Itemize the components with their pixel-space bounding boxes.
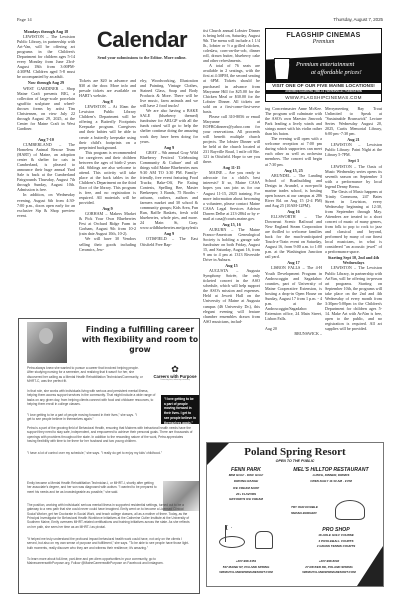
pull-quote: "I love getting to be a part of people m…: [161, 395, 199, 424]
mels-section: MEL'S HILLTOP RESTAURANT LUNCH, DINNER, …: [279, 467, 383, 484]
event-text: ARUNDEL – The Landing School of Boatbuil…: [265, 173, 322, 208]
petra-photo: [27, 322, 67, 363]
flagship-brand: FLAGSHIP CINEMAS: [266, 32, 381, 39]
event-text: Tickets are $20 in advance and $30 at th…: [79, 78, 136, 98]
issue-date: Thursday, August 7, 2025: [333, 17, 383, 22]
website-link[interactable]: WWW.POLANDSPRINGRESORT.COM: [211, 570, 281, 576]
careers-p5: "I have a lot of control over my schedul…: [27, 451, 193, 455]
column-1: Mondays through Aug 18 LEWISTON – The Le…: [17, 28, 75, 310]
column-4: tist Church annual Lobster Dinner is bei…: [203, 28, 260, 436]
event-text: We will have 30 Vendors selling their go…: [79, 236, 136, 251]
event-text: A total of 76 seats are available in 2 s…: [203, 63, 260, 113]
golf-flag-icon: [225, 525, 226, 542]
fenn-park-section: FENN PARK MINI GOLF - DISC GOLF DRIVING …: [211, 467, 281, 503]
flagship-url[interactable]: WWW.FLAGSHIPCINEMAS.COM: [266, 95, 381, 100]
event-text: The Oasis of Music happens at Trinity Co…: [325, 189, 382, 255]
event-text: GRAY – 9th annual Gray Wild Blueberry Fe…: [140, 150, 198, 231]
careers-p9[interactable]: To learn more about full-time, part-time…: [27, 557, 193, 566]
column-5: ing Concertmaster Anne McKee. The progra…: [265, 106, 322, 440]
careers-ad-title: Finding a fulfilling career with flexibi…: [81, 325, 199, 355]
event-text: OTISFIELD – The East Otisfield Free Bap-: [140, 236, 198, 246]
flagship-visit: VISIT ONE OF OUR FIVE MAINE LOCATIONS!: [266, 83, 381, 88]
fenn-line: DRIVING RANGE: [211, 479, 281, 485]
careers-with-purpose-ad[interactable]: Finding a fulfilling career with flexibi…: [18, 318, 200, 594]
event-text: GORHAM – Makers Market & Pick Your Own B…: [79, 211, 136, 236]
event-text: AUBURN – The Maine Franco-American Genea…: [203, 227, 260, 262]
event-text: This program is recommended for caregive…: [79, 150, 136, 206]
event-text: WEST GARDINER – Shop Maine Craft present…: [17, 86, 75, 131]
event-text: Merrymeeting Bay Trout Unlimited to Spea…: [325, 106, 382, 136]
event-text: LISBON FALLS – The 4-H Youth Development…: [265, 265, 322, 321]
event-text: ing Concertmaster Anne McKee. The progra…: [265, 106, 322, 136]
flagship-premium: Premium: [266, 39, 381, 45]
poland-spring-resort-ad[interactable]: Poland Spring Resort OPEN TO THE PUBLIC …: [206, 442, 384, 587]
website-link[interactable]: WWW.POLANDSPRINGRESORT.COM: [289, 570, 369, 576]
event-date-heading: Starting Sept 10, 2nd and 4th Wednesdays: [325, 255, 382, 265]
resort-name: Poland Spring Resort: [207, 446, 383, 458]
event-text: LEWISTON – The Lewiston Public Library, …: [17, 34, 75, 79]
careers-p6: Emily became a Mental Health Rehabilitat…: [27, 481, 157, 494]
careers-logo: ✿ Careers with Purpose Connecting lives,…: [151, 364, 199, 381]
right-contact: +207-998-6002 27 RICKER RD, POLAND SPRIN…: [289, 559, 369, 576]
ice-cream-icon: [255, 531, 273, 549]
pro-shop-section: PRO SHOP 18-HOLE GOLF COURSE 4 PICKLEBAL…: [291, 527, 381, 550]
careers-p8: "It helped me truly understand the profo…: [27, 537, 193, 550]
resort-open: OPEN TO THE PUBLIC: [207, 459, 383, 463]
ice-cream-line: GIFFORD'S ICE CREAM: [211, 497, 281, 503]
flower-logo-icon: ✿: [151, 364, 199, 374]
newspaper-page: Page 14 Thursday, August 7, 2025 Calenda…: [0, 0, 400, 607]
smash-line: SMASH BURGER!: [291, 511, 325, 517]
event-text: MAINE – Are you ready to advocate for a …: [203, 170, 260, 220]
column-6: Merrymeeting Bay Trout Unlimited to Spea…: [325, 106, 382, 440]
popcorn-icon: [274, 58, 290, 80]
careers-p1: Petra always knew she wanted to pursue a…: [27, 366, 145, 383]
event-text: In addition, on Wednesday evening, Augus…: [17, 192, 75, 217]
careers-logo-sub: Connecting lives, advancing community: [151, 379, 199, 381]
golf-flag-icon: [226, 525, 232, 530]
event-text: tist Church annual Lobster Dinner is bei…: [203, 28, 260, 63]
flagship-cinemas-ad[interactable]: FLAGSHIP CINEMAS Premium Premium enterta…: [265, 28, 382, 102]
golf-green-icon: [219, 536, 245, 548]
event-text: ELLSWORTH – The Downeast Scenic Railroad…: [265, 214, 322, 259]
mels-line: OPEN DAILY 11:30 AM - 9 PM: [279, 479, 383, 485]
event-text: CUMBERLAND – The Homeless Animal Rescue …: [17, 142, 75, 192]
burger-icon: [335, 500, 365, 520]
pro-line: 3 GRASS TENNIS COURTS: [291, 544, 381, 550]
event-text: BRUNSWICK –: [265, 331, 322, 336]
left-contact: +207-998-4351 547 MAINE ST, POLAND SPRIN…: [211, 559, 281, 576]
event-text: The evening will open with a welcome rec…: [265, 136, 322, 166]
careers-p2: In that role, she works with individuals…: [27, 389, 157, 406]
flagship-tagline-2: at affordable prices!: [311, 69, 362, 76]
event-text: We are also having a BAKE SALE (blueberr…: [140, 108, 198, 143]
careers-p7: The position, working with individuals' …: [27, 503, 193, 529]
flagship-locations: AUBURN | FALMOUTH | WELLS | WATERVILLE |…: [266, 90, 381, 95]
event-text: LEWISTON – The Oasis of Music Wednesday …: [325, 164, 382, 189]
event-text: Please call 310-8056 or email Maryanne a…: [203, 114, 260, 164]
event-text: LEWISTON – Lewiston Public Library: Pain…: [325, 142, 382, 157]
column-3: elry, Woodworking, Illustration and Pain…: [140, 78, 198, 312]
calendar-subtitle: Send your submissions to the Editor. Mor…: [82, 55, 202, 60]
event-text: elry, Woodworking, Illustration and Pain…: [140, 78, 198, 108]
careers-p3: "I love getting to be a part of people m…: [27, 413, 142, 422]
event-text: AUGUSTA – Augusta Symphony Soirée, the o…: [203, 268, 260, 324]
page-number: Page 14: [17, 17, 32, 22]
flagship-tagline-1: Premium entertainment: [296, 61, 354, 68]
smash-burger: TRY OUR DOUBLE SMASH BURGER!: [291, 505, 325, 516]
column-2: Tickets are $20 in advance and $30 at th…: [79, 78, 136, 310]
careers-p4: Petra is a part of the growing field of …: [27, 426, 193, 443]
event-text: LEWISTON – At 10am the Lewiston Public L…: [79, 104, 136, 149]
event-text: LEWISTON – The Lewiston Public Library, …: [325, 265, 382, 331]
calendar-title: Calendar: [82, 28, 202, 52]
